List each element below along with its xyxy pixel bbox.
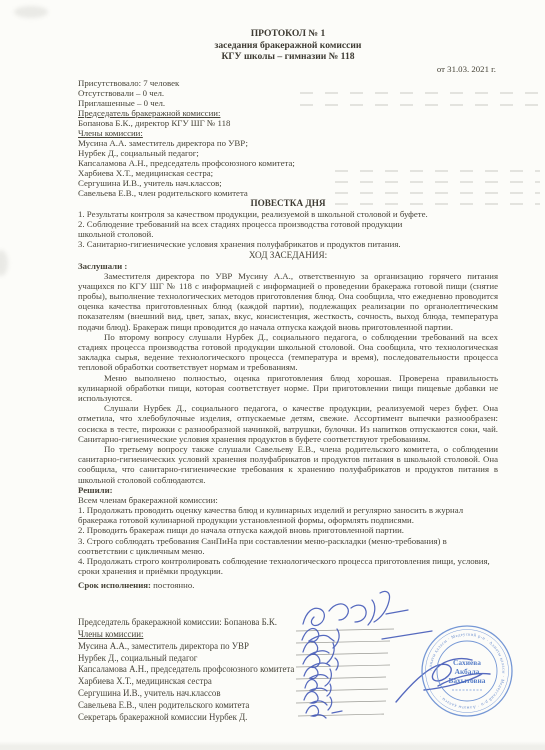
chairman-signature bbox=[303, 591, 390, 625]
stamp-name-line1: Сахиева bbox=[453, 658, 481, 667]
round-stamp: Алматы қаласы · Медеуский р-н · Алматы қ… bbox=[422, 626, 512, 716]
signatures-and-stamp-overlay: Алматы қаласы · Медеуский р-н · Алматы қ… bbox=[0, 0, 545, 750]
scan-edge-shadow bbox=[0, 741, 545, 750]
scanned-protocol-page: ПРОТОКОЛ № 1 заседания бракеражной комис… bbox=[0, 0, 545, 750]
signature-scribbles bbox=[302, 591, 490, 718]
stamp-name-line3: Бахытовна bbox=[448, 676, 485, 685]
stamp-name-line2: Акбала bbox=[455, 667, 480, 676]
